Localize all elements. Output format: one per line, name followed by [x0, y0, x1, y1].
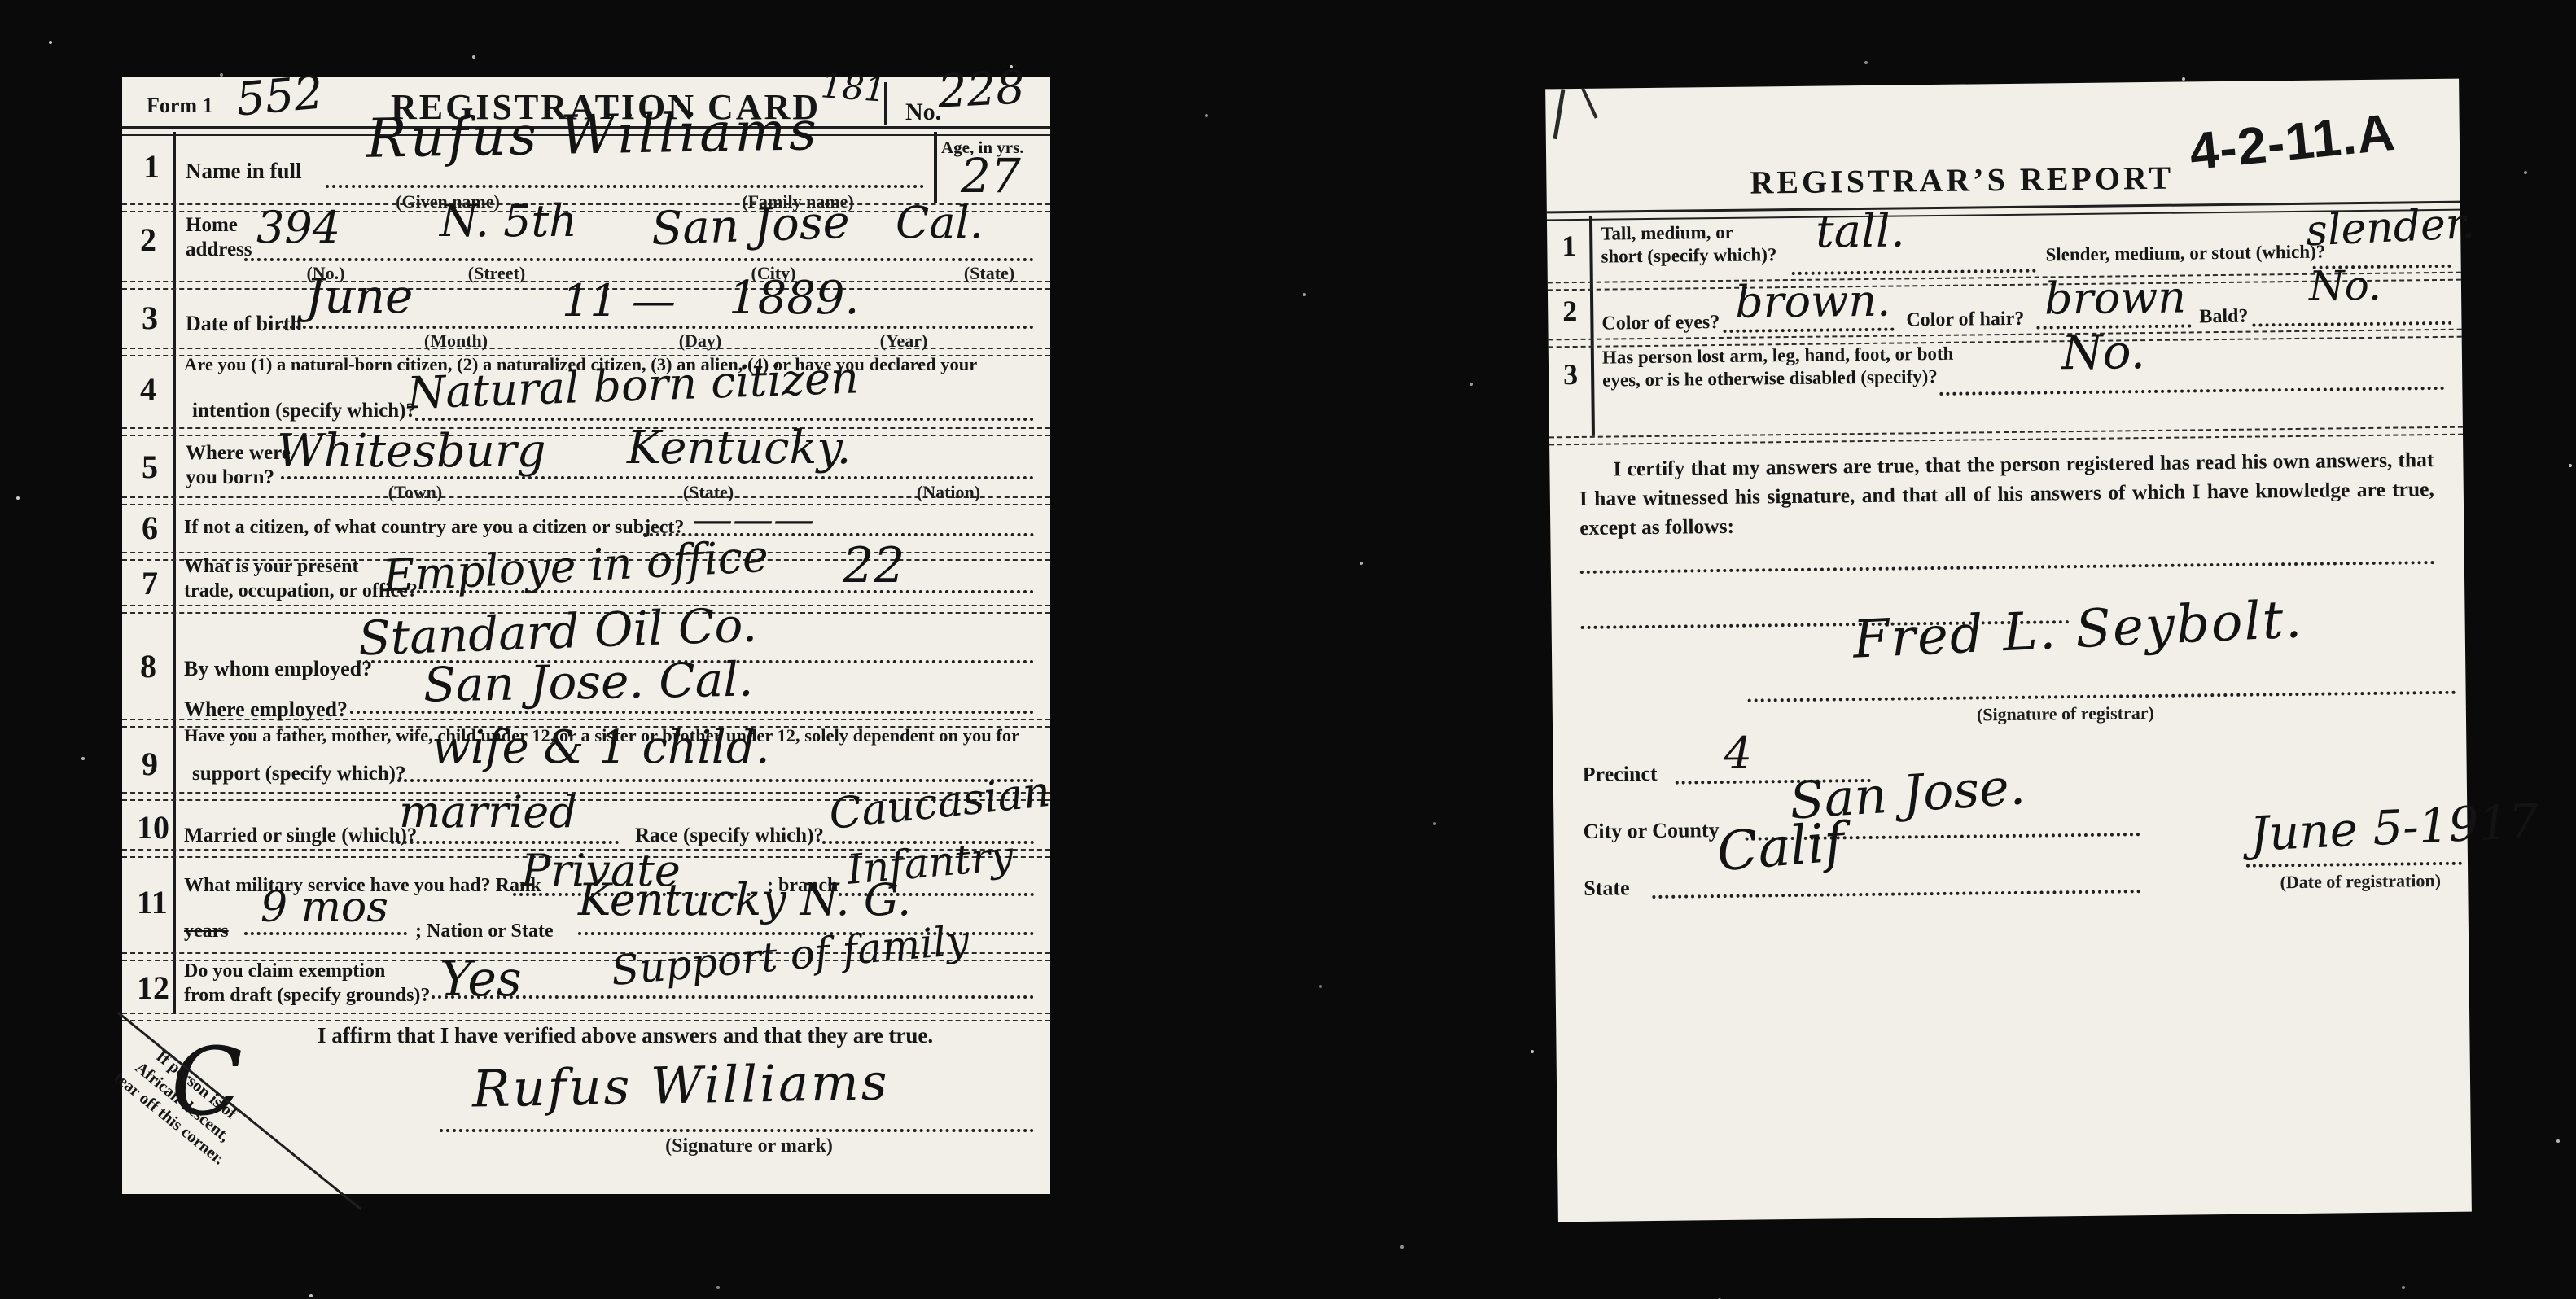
address-state-handwritten: Cal. [896, 201, 984, 245]
serial-no-handwritten: 228 [937, 65, 1027, 116]
by-whom-employed-label: By whom employed? [184, 657, 372, 681]
row-number: 2 [140, 221, 156, 259]
registration-date-caption: (Date of registration) [2254, 870, 2466, 894]
eyes-line [1724, 328, 1895, 333]
registration-card: Form 1 552 REGISTRATION CARD 181 No. 228… [122, 77, 1050, 1194]
except-line-1 [1580, 561, 2435, 574]
disabled-handwritten: No. [2061, 328, 2146, 376]
registration-date-line [2246, 862, 2462, 868]
address-street-handwritten: N. 5th [440, 199, 577, 243]
dob-label: Date of birth [186, 312, 302, 336]
caption-day: (Day) [651, 330, 749, 352]
exemption-grounds-handwritten: Support of family [610, 920, 971, 991]
address-city-handwritten: San Jose [651, 200, 850, 252]
where-employed-label: Where employed? [184, 698, 348, 722]
row-number: 6 [142, 509, 158, 547]
citizen-answer-handwritten: Natural born citizen [406, 356, 859, 415]
nation-or-state-label: ; Nation or State [415, 921, 554, 943]
row-number: 3 [142, 299, 158, 337]
caption-town: (Town) [350, 482, 480, 503]
classification-stamp: 4-2-11.A [2187, 102, 2399, 182]
home-address-label-1: Home [186, 214, 238, 238]
trade-handwritten: Employe in office [382, 535, 769, 599]
eyes-handwritten: brown. [1735, 279, 1891, 325]
bald-handwritten: No. [2309, 265, 2381, 307]
stray-pen-mark [1553, 89, 1565, 139]
name-label: Name in full [186, 159, 302, 184]
citizen-line [415, 418, 1034, 421]
report-gutter-line [1589, 216, 1595, 436]
stray-pen-mark [1581, 88, 1597, 119]
citizen-question-line2: intention (specify which)? [192, 400, 416, 423]
report-title: REGISTRAR’S REPORT [1750, 160, 2174, 202]
address-line [244, 258, 1034, 261]
height-handwritten: tall. [1816, 208, 1905, 255]
born-town-handwritten: Whitesburg [277, 429, 545, 475]
dob-year-handwritten: 1889. [729, 276, 859, 321]
build-handwritten: slender. [2305, 203, 2476, 253]
bald-line [2252, 321, 2451, 327]
home-address-label-2: address [186, 238, 252, 262]
hair-handwritten: brown [2044, 276, 2187, 321]
row-number: 3 [1563, 357, 1578, 391]
caption-year: (Year) [847, 330, 961, 352]
age-handwritten: 27 [961, 152, 1021, 199]
born-label-2: you born? [186, 466, 274, 490]
years-handwritten: 9 mos [261, 886, 388, 929]
row-number: 1 [143, 147, 160, 186]
row-number: 2 [1562, 294, 1577, 328]
hair-label: Color of hair? [1906, 308, 2024, 332]
exemption-line [432, 995, 1034, 999]
nation-or-state-handwritten: Kentucky N. G. [578, 878, 911, 922]
signature-caption: (Signature or mark) [627, 1135, 871, 1157]
trade-label-1: What is your present [184, 556, 358, 579]
years-label-struck: years [184, 921, 229, 943]
caption-state: (State) [936, 263, 1042, 284]
row-number: 5 [142, 448, 158, 486]
row-number: 10 [137, 808, 169, 846]
registrant-signature-handwritten: Rufus Williams [471, 1057, 890, 1115]
name-line [326, 185, 924, 188]
form-number-handwritten: 552 [234, 70, 325, 123]
height-label-1: Tall, medium, or [1601, 222, 1733, 245]
certification-paragraph: I certify that my answers are true, that… [1579, 445, 2434, 544]
disabled-label-1: Has person lost arm, leg, hand, foot, or… [1602, 343, 1954, 369]
state-label: State [1584, 876, 1630, 901]
born-state-handwritten: Kentucky. [627, 426, 851, 471]
caption-nation: (Nation) [887, 482, 1010, 503]
scanned-document-page: Form 1 552 REGISTRATION CARD 181 No. 228… [0, 0, 2576, 1299]
married-handwritten: married [399, 790, 577, 834]
years-line [244, 932, 407, 935]
precinct-label: Precinct [1583, 762, 1658, 787]
born-label-1: Where were [186, 442, 291, 466]
row-number: 1 [1562, 229, 1576, 263]
exemption-label-1: Do you claim exemption [184, 960, 385, 983]
film-speckles [49, 41, 52, 44]
registrar-signature-caption: (Signature of registrar) [1935, 702, 2196, 726]
registrar-signature-handwritten: Fred L. Seybolt. [1852, 593, 2305, 667]
gutter-line [173, 132, 176, 1013]
married-line [391, 841, 619, 844]
address-no-handwritten: 394 [256, 206, 340, 250]
state-line [1652, 890, 2140, 899]
row-number: 7 [142, 564, 158, 602]
margin-number-handwritten: 181 [820, 68, 887, 107]
trade-number-handwritten: 22 [843, 541, 905, 590]
not-citizen-label: If not a citizen, of what country are yo… [184, 517, 684, 540]
row-number: 9 [142, 745, 158, 783]
married-label: Married or single (which)? [184, 824, 417, 848]
city-county-label: City or County [1583, 818, 1719, 844]
height-label-2: short (specify which)? [1601, 244, 1776, 268]
row-number: 4 [140, 370, 156, 409]
affirmation-text: I affirm that I have verified above answ… [318, 1023, 933, 1048]
where-employed-handwritten: San Jose. Cal. [423, 655, 754, 708]
header-divider-line [884, 82, 887, 125]
dependents-handwritten: wife & 1 child. [432, 725, 770, 771]
row-number: 11 [137, 883, 168, 921]
state-handwritten: Calif [1715, 816, 1846, 879]
row-number: 12 [137, 969, 169, 1007]
row-rule [122, 1013, 1050, 1021]
row-number: 8 [140, 647, 156, 685]
row-rule [122, 427, 1050, 436]
where-employed-line [350, 711, 1034, 714]
trade-line [391, 590, 1034, 593]
name-handwritten: Rufus Williams [366, 104, 820, 166]
row-rule [1549, 426, 2463, 446]
registrar-signature-line [1748, 691, 2456, 702]
height-line [1792, 269, 2036, 275]
age-box-divider [934, 132, 937, 203]
caption-month: (Month) [391, 330, 521, 352]
precinct-handwritten: 4 [1724, 732, 1752, 776]
born-line [281, 476, 1034, 479]
dob-day-handwritten: 11 — [562, 279, 676, 323]
disabled-line [1939, 387, 2444, 396]
disabled-label-2: eyes, or is he otherwise disabled (speci… [1602, 366, 1938, 391]
serial-no-label: No. [905, 98, 941, 127]
build-label: Slender, medium, or stout (which)? [2045, 242, 2325, 266]
signature-line [440, 1129, 1034, 1132]
eyes-label: Color of eyes? [1601, 312, 1720, 335]
form-label: Form 1 [147, 94, 213, 118]
bald-label: Bald? [2199, 306, 2248, 329]
registrars-report-card: REGISTRAR’S REPORT 4-2-11.A 1 Tall, medi… [1545, 79, 2472, 1222]
registration-date-handwritten: June 5-1917 [2249, 797, 2539, 857]
dob-line [277, 326, 1034, 329]
dependents-label-2: support (specify which)? [192, 763, 406, 786]
dob-month-handwritten: June [305, 273, 413, 320]
caption-street: (Street) [432, 263, 562, 284]
exemption-label-2: from draft (specify grounds)? [184, 985, 430, 1008]
